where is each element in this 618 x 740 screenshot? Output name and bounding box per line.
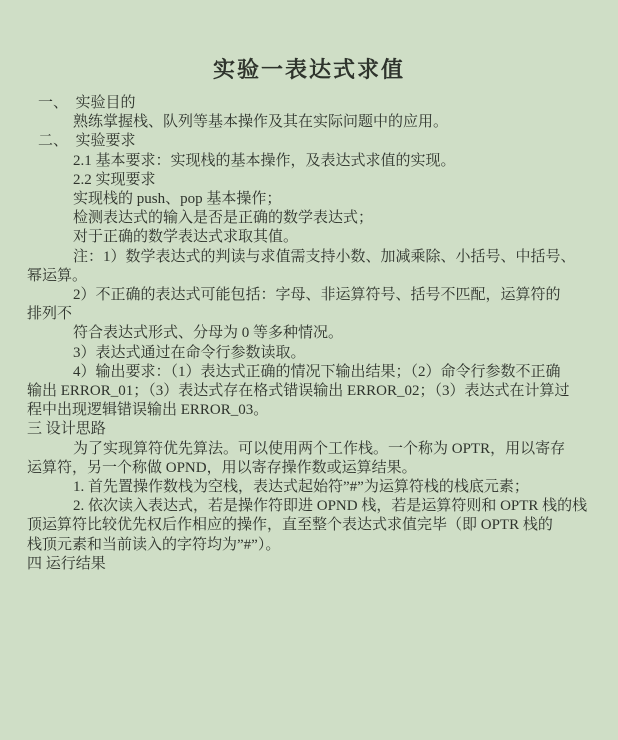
document-page: 实验一表达式求值 一、 实验目的 熟练掌握栈、队列等基本操作及其在实际问题中的应…: [0, 0, 618, 740]
doc-line: 顶运算符比较优先权后作相应的操作，直至整个表达式求值完毕（即 OPTR 栈的: [0, 516, 618, 535]
doc-line: 2.1 基本要求：实现栈的基本操作，及表达式求值的实现。: [0, 152, 618, 171]
doc-line: 二、 实验要求: [0, 132, 618, 151]
doc-line: 检测表达式的输入是否是正确的数学表达式；: [0, 209, 618, 228]
doc-line: 输出 ERROR_01；（3）表达式存在格式错误输出 ERROR_02；（3）表…: [0, 382, 618, 401]
doc-line: 对于正确的数学表达式求取其值。: [0, 228, 618, 247]
doc-line: 3）表达式通过在命令行参数读取。: [0, 344, 618, 363]
doc-line: 三 设计思路: [0, 420, 618, 439]
doc-line: 幂运算。: [0, 267, 618, 286]
doc-line: 注：1）数学表达式的判读与求值需支持小数、加减乘除、小括号、中括号、: [0, 248, 618, 267]
doc-line: 四 运行结果: [0, 555, 618, 574]
doc-line: 4）输出要求：（1）表达式正确的情况下输出结果；（2）命令行参数不正确: [0, 363, 618, 382]
doc-line: 排列不: [0, 305, 618, 324]
doc-line: 2. 依次读入表达式，若是操作符即进 OPND 栈，若是运算符则和 OPTR 栈…: [0, 497, 618, 516]
document-title: 实验一表达式求值: [0, 0, 618, 83]
doc-line: 1. 首先置操作数栈为空栈，表达式起始符”#”为运算符栈的栈底元素；: [0, 478, 618, 497]
doc-line: 熟练掌握栈、队列等基本操作及其在实际问题中的应用。: [0, 113, 618, 132]
doc-line: 为了实现算符优先算法。可以使用两个工作栈。一个称为 OPTR，用以寄存: [0, 440, 618, 459]
doc-line: 栈顶元素和当前读入的字符均为”#”）。: [0, 536, 618, 555]
doc-line: 运算符，另一个称做 OPND，用以寄存操作数或运算结果。: [0, 459, 618, 478]
doc-line: 实现栈的 push、pop 基本操作；: [0, 190, 618, 209]
document-body: 一、 实验目的 熟练掌握栈、队列等基本操作及其在实际问题中的应用。 二、 实验要…: [0, 94, 618, 574]
doc-line: 符合表达式形式、分母为 0 等多种情况。: [0, 324, 618, 343]
doc-line: 程中出现逻辑错误输出 ERROR_03。: [0, 401, 618, 420]
doc-line: 一、 实验目的: [0, 94, 618, 113]
doc-line: 2）不正确的表达式可能包括：字母、非运算符号、括号不匹配，运算符的: [0, 286, 618, 305]
doc-line: 2.2 实现要求: [0, 171, 618, 190]
